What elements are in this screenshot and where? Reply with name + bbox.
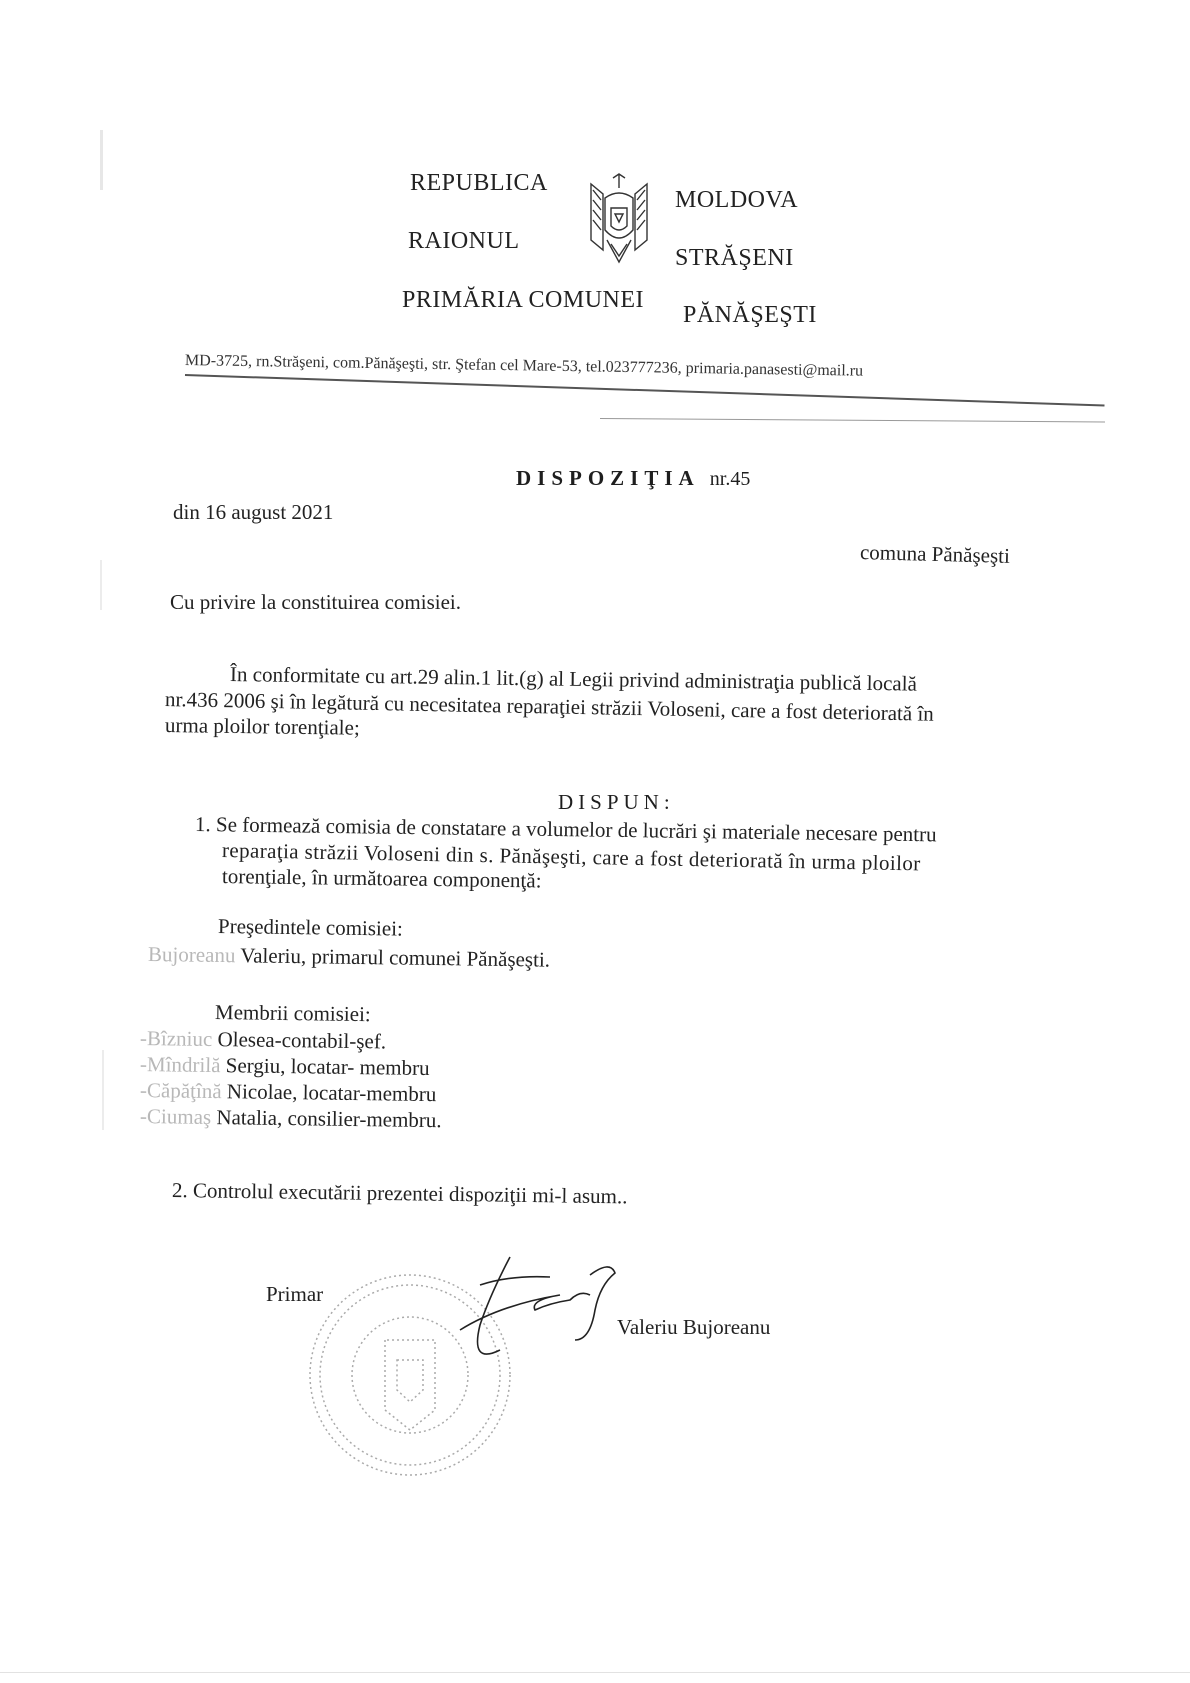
member-details: Olesea-contabil-şef. xyxy=(217,1027,386,1053)
president-surname: Bujoreanu xyxy=(148,942,236,967)
member-surname: -Bîzniuc xyxy=(140,1026,213,1051)
member-details: Natalia, consilier-membru. xyxy=(216,1105,442,1132)
president-entry: Bujoreanu Valeriu, primarul comunei Pănă… xyxy=(148,942,550,973)
member-item: -Mîndrilă Sergiu, locatar- membru xyxy=(140,1052,430,1081)
header-moldova: MOLDOVA xyxy=(675,187,798,214)
president-label: Preşedintele comisiei: xyxy=(218,914,403,942)
scan-artifact xyxy=(102,1050,104,1130)
item2-text: 2. Controlul executării prezentei dispoz… xyxy=(172,1178,628,1209)
moldova-coat-of-arms-icon xyxy=(583,170,655,266)
dispun-heading: DISPUN: xyxy=(558,790,675,815)
members-label: Membrii comisiei: xyxy=(215,1000,371,1027)
member-surname: -Mîndrilă xyxy=(140,1052,221,1077)
member-item: -Ciumaş Natalia, consilier-membru. xyxy=(140,1104,442,1133)
signature-name: Valeriu Bujoreanu xyxy=(617,1315,770,1340)
document-subject: Cu privire la constituirea comisiei. xyxy=(170,590,461,615)
scan-artifact xyxy=(100,130,103,190)
scan-artifact xyxy=(100,560,102,610)
header-panasesti: PĂNĂŞEŞTI xyxy=(683,302,817,329)
header-raionul: RAIONUL xyxy=(408,228,520,255)
header-address-line: MD-3725, rn.Străşeni, com.Pănăşeşti, str… xyxy=(185,352,863,381)
header-straseni: STRĂŞENI xyxy=(675,245,794,272)
president-details: Valeriu, primarul comunei Pănăşeşti. xyxy=(240,943,550,971)
document-place: comuna Pănăşeşti xyxy=(860,540,1010,569)
scan-artifact xyxy=(0,1672,1190,1673)
preamble-line-3: urma ploilor torenţiale; xyxy=(165,713,360,741)
member-details: Nicolae, locatar-membru xyxy=(227,1079,437,1106)
header-primaria-comunei: PRIMĂRIA COMUNEI xyxy=(402,287,644,314)
header-divider xyxy=(185,374,1105,407)
member-surname: -Căpăţînă xyxy=(140,1078,222,1103)
document-title: DISPOZIŢIA nr.45 xyxy=(516,466,750,491)
header-divider-thin xyxy=(600,418,1105,423)
handwritten-signature-icon xyxy=(440,1255,640,1385)
member-item: -Bîzniuc Olesea-contabil-şef. xyxy=(140,1026,386,1054)
member-details: Sergiu, locatar- membru xyxy=(226,1053,430,1080)
title-text: DISPOZIŢIA xyxy=(516,466,699,490)
item1-line-3: torenţiale, în următoarea componenţă: xyxy=(222,864,542,893)
header-republica: REPUBLICA xyxy=(410,170,548,197)
member-item: -Căpăţînă Nicolae, locatar-membru xyxy=(140,1078,437,1107)
member-surname: -Ciumaş xyxy=(140,1104,212,1129)
document-number: nr.45 xyxy=(710,468,751,490)
document-date: din 16 august 2021 xyxy=(173,500,333,525)
